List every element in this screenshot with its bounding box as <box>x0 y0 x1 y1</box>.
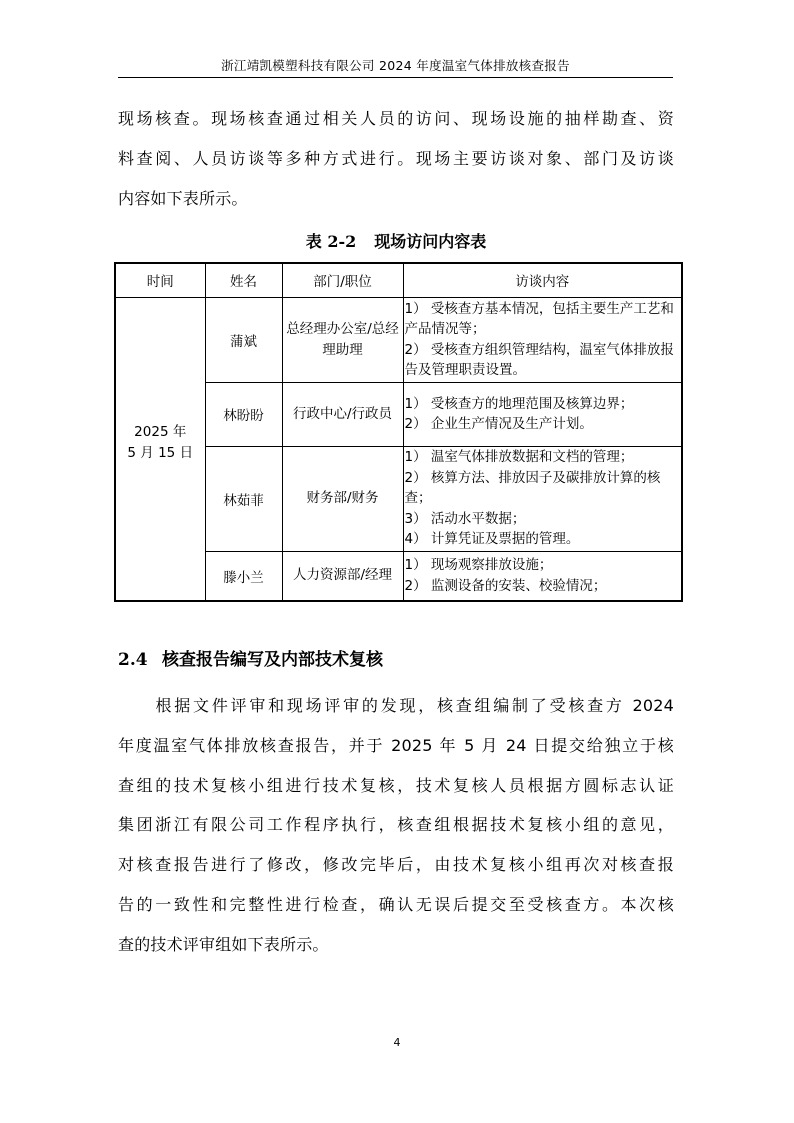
content-item: 1） 受核查方基本情况，包括主要生产工艺和产品情况等； <box>405 299 681 340</box>
table-caption: 表 2-2现场访问内容表 <box>118 230 674 254</box>
section-paragraph: 根据文件评审和现场评审的发现，核查组编制了受核查方 2024 年度温室气体排放核… <box>118 686 674 965</box>
paragraph-line: 现场核查。现场核查通过相关人员的访问、现场设施的抽样勘查、资 <box>118 99 674 139</box>
paragraph-line: 料查阅、人员访谈等多种方式进行。现场主要访谈对象、部门及访谈 <box>118 139 674 179</box>
header-name: 姓名 <box>205 263 282 297</box>
header-time: 时间 <box>115 263 205 297</box>
interviewee-name: 林茹菲 <box>205 446 282 551</box>
table-caption-number: 表 2-2 <box>306 232 356 251</box>
page-number: 4 <box>0 1036 794 1050</box>
paragraph-line: 对核查报告进行了修改，修改完毕后，由技术复核小组再次对核查报 <box>118 845 674 885</box>
paragraph-line: 根据文件评审和现场评审的发现，核查组编制了受核查方 2024 <box>118 686 674 726</box>
paragraph-line: 告的一致性和完整性进行检查，确认无误后提交至受核查方。本次核 <box>118 885 674 925</box>
date-line-1: 2025 年 <box>116 422 205 443</box>
paragraph-line: 查组的技术复核小组进行技术复核，技术复核人员根据方圆标志认证 <box>118 766 674 806</box>
section-number: 2.4 <box>118 647 162 673</box>
interviewee-department: 人力资源部/经理 <box>282 551 403 601</box>
interview-content: 1） 受核查方基本情况，包括主要生产工艺和产品情况等； 2） 受核查方组织管理结… <box>403 297 682 382</box>
content-item: 4） 计算凭证及票据的管理。 <box>405 529 681 550</box>
content-item: 1） 温室气体排放数据和文档的管理； <box>405 447 681 468</box>
date-cell: 2025 年 5 月 15 日 <box>115 297 205 601</box>
content-item: 1） 受核查方的地理范围及核算边界； <box>405 394 681 415</box>
section-title: 核查报告编写及内部技术复核 <box>162 650 383 670</box>
date-line-2: 5 月 15 日 <box>116 443 205 464</box>
interviewee-department: 财务部/财务 <box>282 446 403 551</box>
paragraph-line: 集团浙江有限公司工作程序执行，核查组根据技术复核小组的意见， <box>118 805 674 845</box>
paragraph-line: 年度温室气体排放核查报告，并于 2025 年 5 月 24 日提交给独立于核 <box>118 726 674 766</box>
document-title: 浙江靖凯模塑科技有限公司 2024 年度温室气体排放核查报告 <box>221 58 570 73</box>
paragraph-line: 内容如下表所示。 <box>118 179 674 219</box>
table-header-row: 时间 姓名 部门/职位 访谈内容 <box>115 263 682 297</box>
header-content: 访谈内容 <box>403 263 682 297</box>
interviewee-name: 蒲斌 <box>205 297 282 382</box>
content-item: 2） 企业生产情况及生产计划。 <box>405 414 681 435</box>
content-item: 3） 活动水平数据； <box>405 509 681 530</box>
interview-content: 1） 现场观察排放设施； 2） 监测设备的安装、校验情况； <box>403 551 682 601</box>
paragraph-line: 查的技术评审组如下表所示。 <box>118 925 674 965</box>
content-item: 1） 现场观察排放设施； <box>405 555 681 576</box>
interview-content: 1） 受核查方的地理范围及核算边界； 2） 企业生产情况及生产计划。 <box>403 382 682 446</box>
interviewee-department: 总经理办公室/总经理助理 <box>282 297 403 382</box>
table-row: 2025 年 5 月 15 日 蒲斌 总经理办公室/总经理助理 1） 受核查方基… <box>115 297 682 382</box>
interviewee-name: 滕小兰 <box>205 551 282 601</box>
content-item: 2） 监测设备的安装、校验情况； <box>405 576 681 597</box>
interview-content: 1） 温室气体排放数据和文档的管理； 2） 核算方法、排放因子及碳排放计算的核查… <box>403 446 682 551</box>
content-item: 2） 受核查方组织管理结构，温室气体排放报告及管理职责设置。 <box>405 340 681 381</box>
page-header: 浙江靖凯模塑科技有限公司 2024 年度温室气体排放核查报告 <box>118 57 673 78</box>
interviewee-department: 行政中心/行政员 <box>282 382 403 446</box>
intro-paragraph: 现场核查。现场核查通过相关人员的访问、现场设施的抽样勘查、资 料查阅、人员访谈等… <box>118 99 674 218</box>
table-caption-title: 现场访问内容表 <box>374 232 486 251</box>
visit-content-table: 时间 姓名 部门/职位 访谈内容 2025 年 5 月 15 日 蒲斌 总经理办… <box>114 262 683 602</box>
header-department: 部门/职位 <box>282 263 403 297</box>
section-heading: 2.4核查报告编写及内部技术复核 <box>118 647 383 673</box>
interviewee-name: 林盼盼 <box>205 382 282 446</box>
content-item: 2） 核算方法、排放因子及碳排放计算的核查； <box>405 468 681 509</box>
